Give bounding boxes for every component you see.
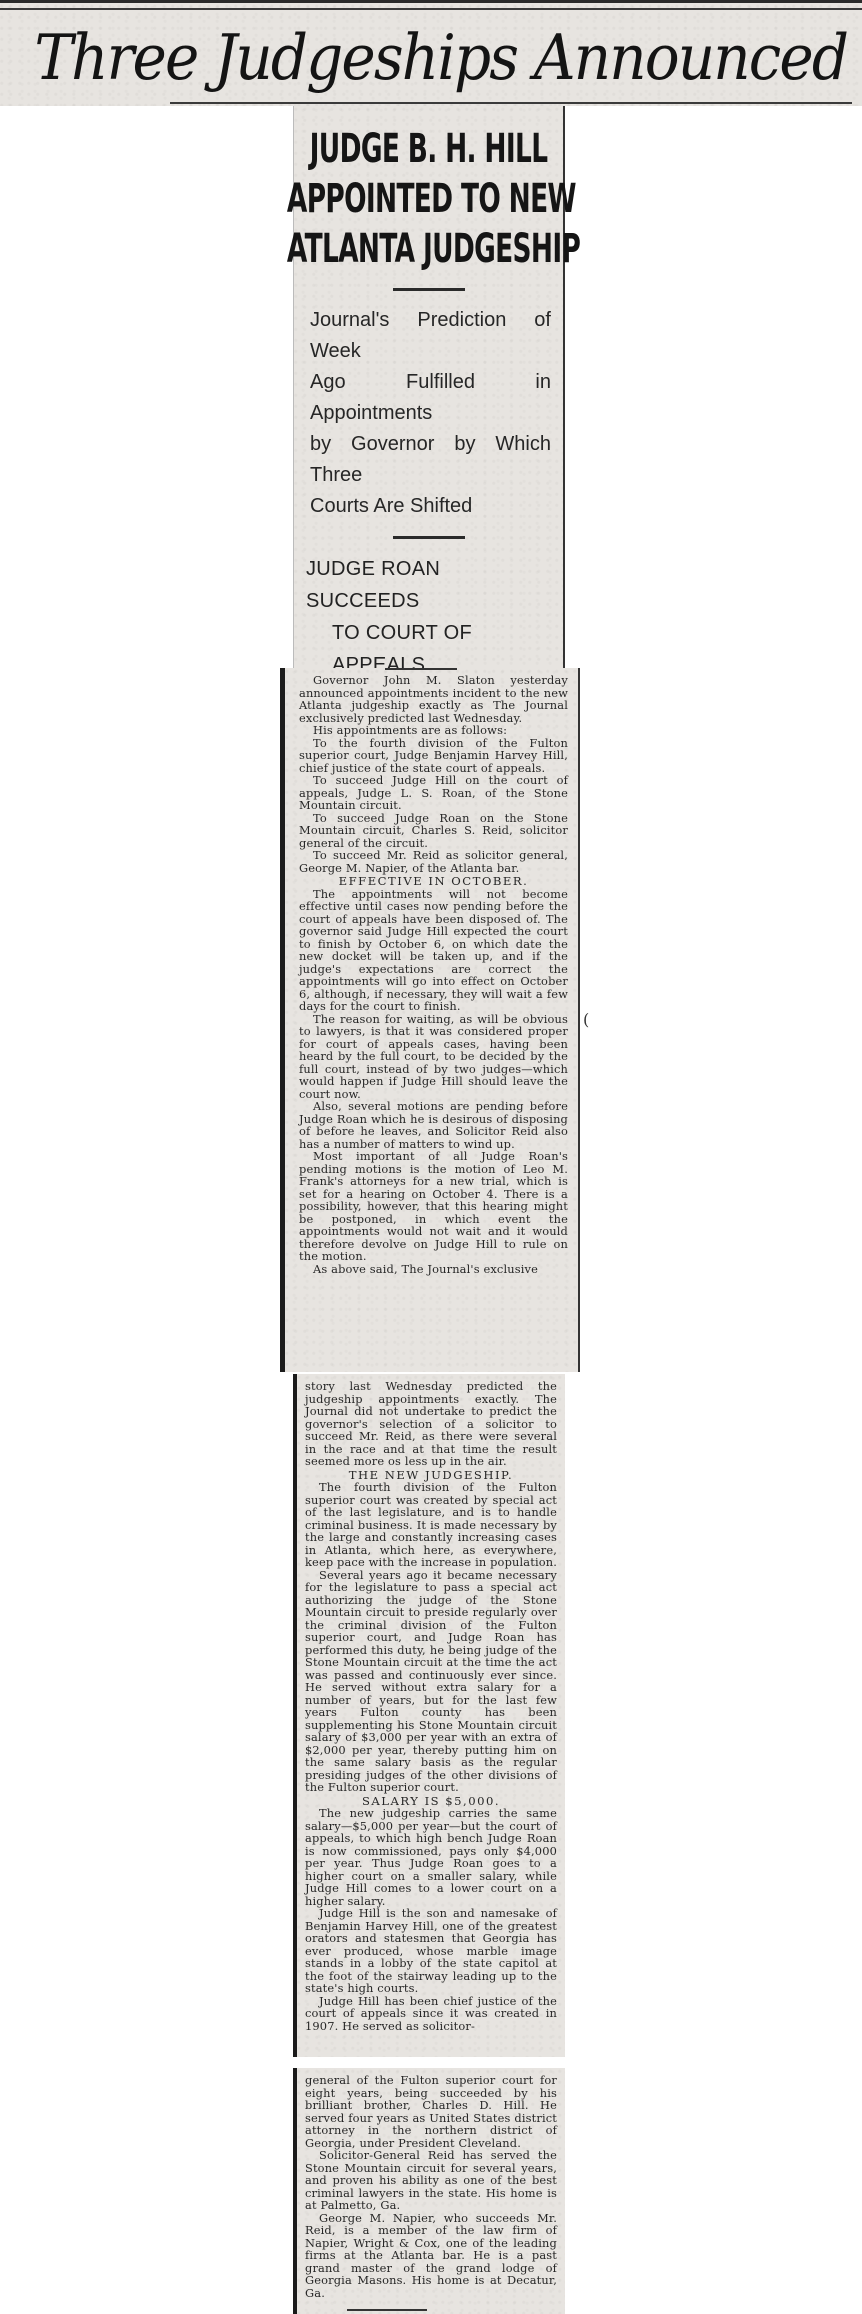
deck-line: Courts Are Shifted: [310, 491, 551, 522]
divider-rule: [393, 288, 465, 291]
deck-judge-roan: JUDGE ROAN SUCCEEDS TO COURT OF APPEALS: [294, 553, 563, 681]
deck-line: by Governor by Which Three: [310, 429, 551, 491]
article-piece-c: general of the Fulton superior court for…: [293, 2068, 565, 2314]
paragraph: Solicitor-General Reid has served the St…: [305, 2149, 557, 2212]
deck-journal-prediction: Journal's Prediction of Week Ago Fulfill…: [294, 305, 563, 522]
divider-rule: [393, 536, 465, 539]
paragraph: Judge Hill is the son and namesake of Be…: [305, 1907, 557, 1995]
paragraph: Several years ago it became necessary fo…: [305, 1569, 557, 1794]
paragraph: Most important of all Judge Roan's pendi…: [299, 1150, 568, 1263]
paragraph: To succeed Mr. Reid as solicitor general…: [299, 849, 568, 874]
headline-block: JUDGE B. H. HILL APPOINTED TO NEW ATLANT…: [293, 106, 565, 668]
banner-title: Three Judgeships Announced: [34, 21, 823, 94]
paragraph: To succeed Judge Roan on the Stone Mount…: [299, 812, 568, 850]
paragraph: Governor John M. Slaton yesterday announ…: [299, 674, 568, 724]
paragraph: His appointments are as follows:: [299, 724, 568, 737]
main-headline-line: APPOINTED TO NEW: [287, 174, 570, 224]
paragraph: To succeed Judge Hill on the court of ap…: [299, 774, 568, 812]
main-headline-line: JUDGE B. H. HILL: [287, 124, 570, 174]
deck-line: Journal's Prediction of Week: [310, 305, 551, 367]
main-headline: JUDGE B. H. HILL APPOINTED TO NEW ATLANT…: [294, 124, 563, 274]
main-headline-line: ATLANTA JUDGESHIP: [287, 224, 570, 274]
banner: Three Judgeships Announced: [0, 0, 862, 106]
article-piece-b: story last Wednesday predicted the judge…: [293, 1374, 565, 2057]
margin-mark: (: [583, 1010, 589, 1029]
paragraph: story last Wednesday predicted the judge…: [305, 1380, 557, 1468]
article-column: Governor John M. Slaton yesterday announ…: [285, 668, 578, 1279]
paragraph: general of the Fulton superior court for…: [305, 2074, 557, 2149]
paragraph: Also, several motions are pending before…: [299, 1100, 568, 1150]
deck-line: Ago Fulfilled in Appointments: [310, 367, 551, 429]
paragraph: To the fourth division of the Fulton sup…: [299, 737, 568, 775]
paragraph: The appointments will not become effecti…: [299, 888, 568, 1013]
paragraph: The new judgeship carries the same salar…: [305, 1807, 557, 1907]
paragraph: The fourth division of the Fulton superi…: [305, 1481, 557, 1569]
subhead: EFFECTIVE IN OCTOBER.: [299, 875, 568, 888]
paragraph: The reason for waiting, as will be obvio…: [299, 1013, 568, 1101]
article-piece-a: Governor John M. Slaton yesterday announ…: [280, 668, 580, 1372]
deck-line: JUDGE ROAN SUCCEEDS: [306, 553, 553, 617]
article-column: general of the Fulton superior court for…: [297, 2068, 565, 2303]
paragraph: Judge Hill has been chief justice of the…: [305, 1995, 557, 2033]
paragraph: As above said, The Journal's exclusive: [299, 1263, 568, 1276]
paragraph: George M. Napier, who succeeds Mr. Reid,…: [305, 2212, 557, 2300]
article-column: story last Wednesday predicted the judge…: [297, 1374, 565, 2036]
